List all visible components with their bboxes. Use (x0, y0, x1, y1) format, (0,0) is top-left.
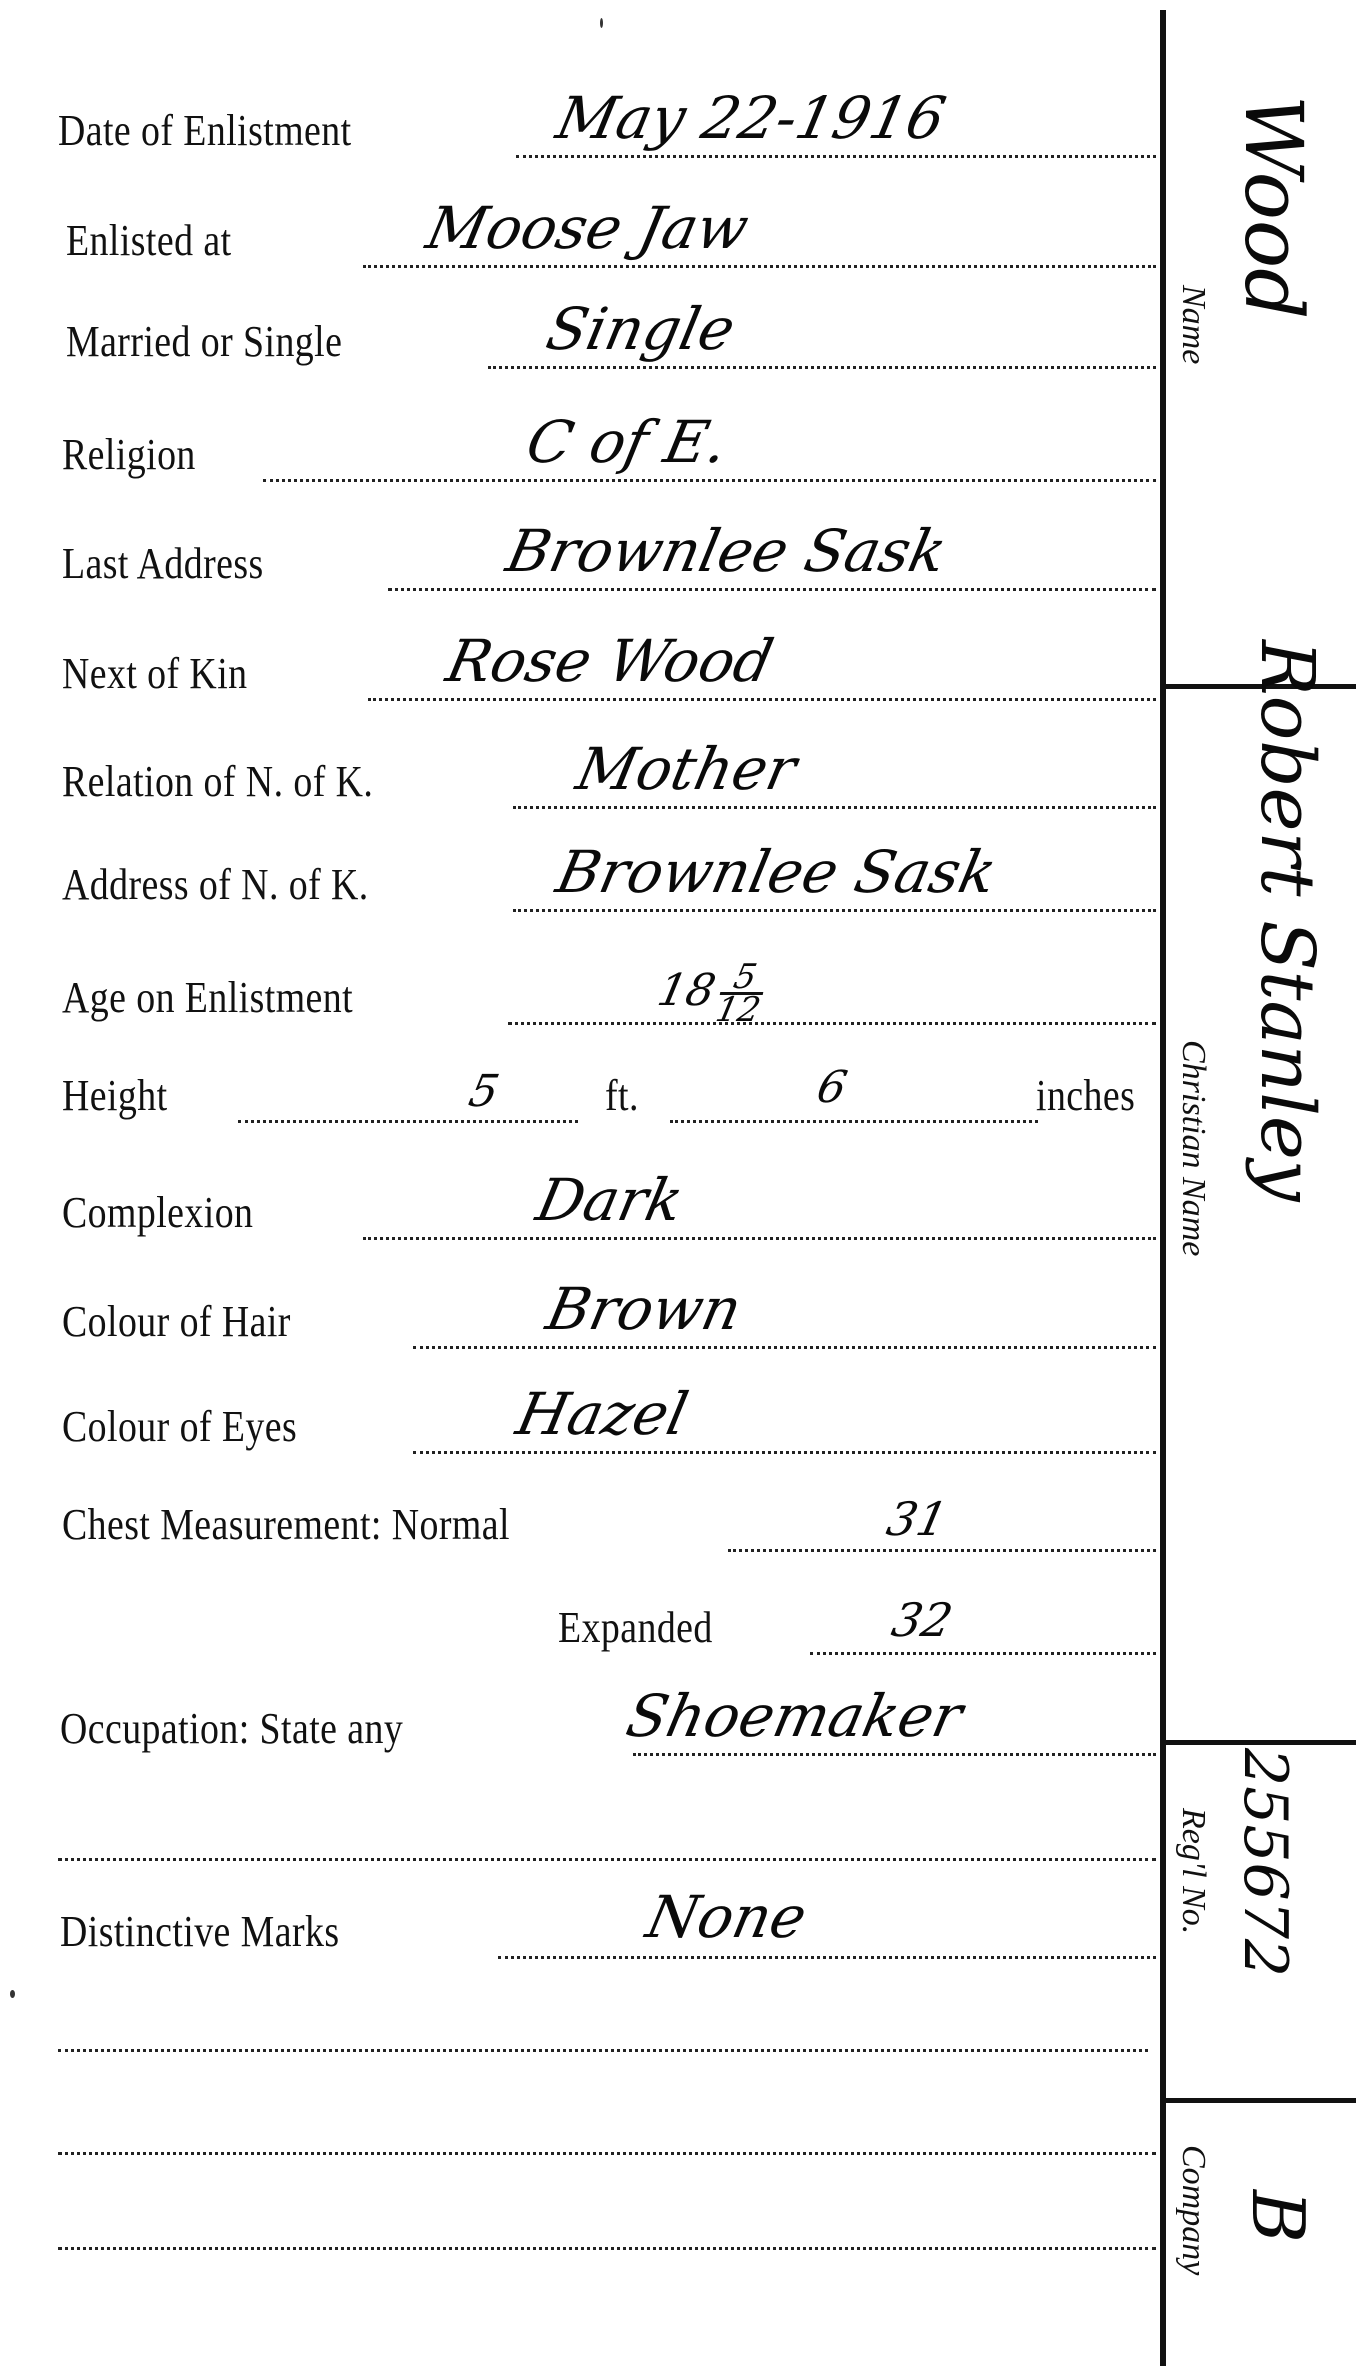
field-value[interactable]: None (641, 1883, 813, 1951)
field-label: Address of N. of K. (62, 859, 369, 910)
field-value[interactable]: Brownlee Sask (551, 838, 1003, 906)
field-label: Chest Measurement: Normal (62, 1499, 510, 1550)
dotted-line[interactable] (58, 1858, 1156, 1861)
height-feet-unit: ft. (605, 1070, 639, 1121)
field-value[interactable]: 18512 (651, 962, 770, 1025)
name-value[interactable]: Wood (1227, 95, 1320, 319)
dotted-line (508, 1022, 1156, 1025)
field-value[interactable]: Brown (541, 1275, 748, 1343)
field-value[interactable]: Rose Wood (441, 627, 779, 695)
age-fraction-denominator: 12 (713, 995, 763, 1025)
regl-no-label: Reg'l No. (1174, 1808, 1212, 1934)
dotted-line[interactable] (58, 2247, 1156, 2250)
column-divider (1160, 10, 1166, 2366)
field-value[interactable]: Hazel (511, 1380, 694, 1448)
christian-name-label: Christian Name (1174, 1040, 1212, 1256)
dotted-line (368, 698, 1156, 701)
field-occupation: Occupation: State any Shoemaker (58, 1700, 1158, 1760)
dotted-line (413, 1451, 1156, 1454)
attestation-card: Date of Enlistment May 22-1916 Enlisted … (0, 0, 1370, 2366)
dotted-line (728, 1549, 1156, 1552)
field-label: Expanded (558, 1602, 713, 1653)
field-height: Height 5 ft. 6 inches (58, 1067, 1158, 1127)
dotted-line (513, 909, 1156, 912)
field-label: Last Address (62, 538, 264, 589)
dotted-line (633, 1753, 1156, 1756)
field-chest-expanded: Expanded 32 (58, 1599, 1158, 1659)
field-label: Enlisted at (66, 215, 232, 266)
field-value[interactable]: Moose Jaw (421, 194, 755, 262)
age-fraction: 512 (713, 962, 770, 1025)
field-value[interactable]: C of E. (521, 408, 734, 476)
field-label: Complexion (62, 1187, 253, 1238)
field-label: Colour of Eyes (62, 1401, 297, 1452)
field-label: Date of Enlistment (58, 105, 352, 156)
field-value[interactable]: 32 (887, 1593, 957, 1647)
height-feet-value[interactable]: 5 (465, 1066, 504, 1117)
field-complexion: Complexion Dark (58, 1184, 1158, 1244)
field-chest-normal: Chest Measurement: Normal 31 (58, 1496, 1158, 1556)
field-value[interactable]: Single (541, 295, 741, 363)
dotted-line (516, 155, 1156, 158)
field-label: Relation of N. of K. (62, 756, 373, 807)
field-distinctive-marks-continued-1 (58, 1996, 1158, 2056)
field-label: Age on Enlistment (62, 972, 353, 1023)
dotted-line (363, 1237, 1156, 1240)
field-married-or-single: Married or Single Single (58, 313, 1158, 373)
field-label: Height (62, 1070, 168, 1121)
field-label: Next of Kin (62, 648, 247, 699)
dotted-line (388, 588, 1156, 591)
dotted-line (670, 1120, 1038, 1123)
height-inches-value[interactable]: 6 (813, 1062, 852, 1113)
dotted-line (513, 806, 1156, 809)
field-label: Religion (62, 429, 196, 480)
field-value[interactable]: Shoemaker (621, 1682, 969, 1750)
section-divider-regl-no (1166, 1740, 1356, 1745)
field-colour-of-hair: Colour of Hair Brown (58, 1293, 1158, 1353)
regl-no-value[interactable]: 255672 (1230, 1748, 1300, 1977)
field-distinctive-marks-continued-3 (58, 2194, 1158, 2254)
field-value[interactable]: 31 (882, 1492, 952, 1546)
field-label: Married or Single (66, 316, 342, 367)
dotted-line (413, 1346, 1156, 1349)
paper-speck (10, 1990, 15, 1998)
paper-speck (600, 18, 603, 28)
field-value[interactable]: May 22-1916 (551, 84, 952, 152)
field-label: Colour of Hair (62, 1296, 291, 1347)
company-value[interactable]: B (1236, 2190, 1320, 2243)
dotted-line (488, 366, 1156, 369)
dotted-line (810, 1652, 1156, 1655)
height-inches-unit: inches (1036, 1070, 1135, 1121)
section-divider-company (1166, 2098, 1356, 2103)
field-address-of-next-of-kin: Address of N. of K. Brownlee Sask (58, 856, 1158, 916)
field-enlisted-at: Enlisted at Moose Jaw (58, 212, 1158, 272)
field-value[interactable]: Dark (531, 1166, 689, 1234)
dotted-line (498, 1956, 1156, 1959)
field-last-address: Last Address Brownlee Sask (58, 535, 1158, 595)
field-date-of-enlistment: Date of Enlistment May 22-1916 (58, 102, 1158, 162)
field-value[interactable]: Brownlee Sask (501, 517, 953, 585)
dotted-line[interactable] (58, 2049, 1148, 2052)
christian-name-value[interactable]: Robert Stanley (1244, 640, 1330, 1202)
company-label: Company (1174, 2145, 1212, 2275)
age-years: 18 (653, 965, 720, 1016)
field-distinctive-marks-continued-2 (58, 2099, 1158, 2159)
field-distinctive-marks: Distinctive Marks None (58, 1903, 1158, 1963)
field-age-on-enlistment: Age on Enlistment 18512 (58, 969, 1158, 1029)
field-colour-of-eyes: Colour of Eyes Hazel (58, 1398, 1158, 1458)
field-occupation-continued (58, 1805, 1158, 1865)
field-relation-of-next-of-kin: Relation of N. of K. Mother (58, 753, 1158, 813)
field-next-of-kin: Next of Kin Rose Wood (58, 645, 1158, 705)
field-value[interactable]: Mother (571, 735, 802, 803)
dotted-line (363, 265, 1156, 268)
dotted-line (238, 1120, 578, 1123)
field-label: Occupation: State any (60, 1703, 403, 1754)
dotted-line (263, 479, 1156, 482)
field-religion: Religion C of E. (58, 426, 1158, 486)
dotted-line[interactable] (58, 2152, 1156, 2155)
name-label: Name (1174, 285, 1212, 364)
field-label: Distinctive Marks (60, 1906, 340, 1957)
